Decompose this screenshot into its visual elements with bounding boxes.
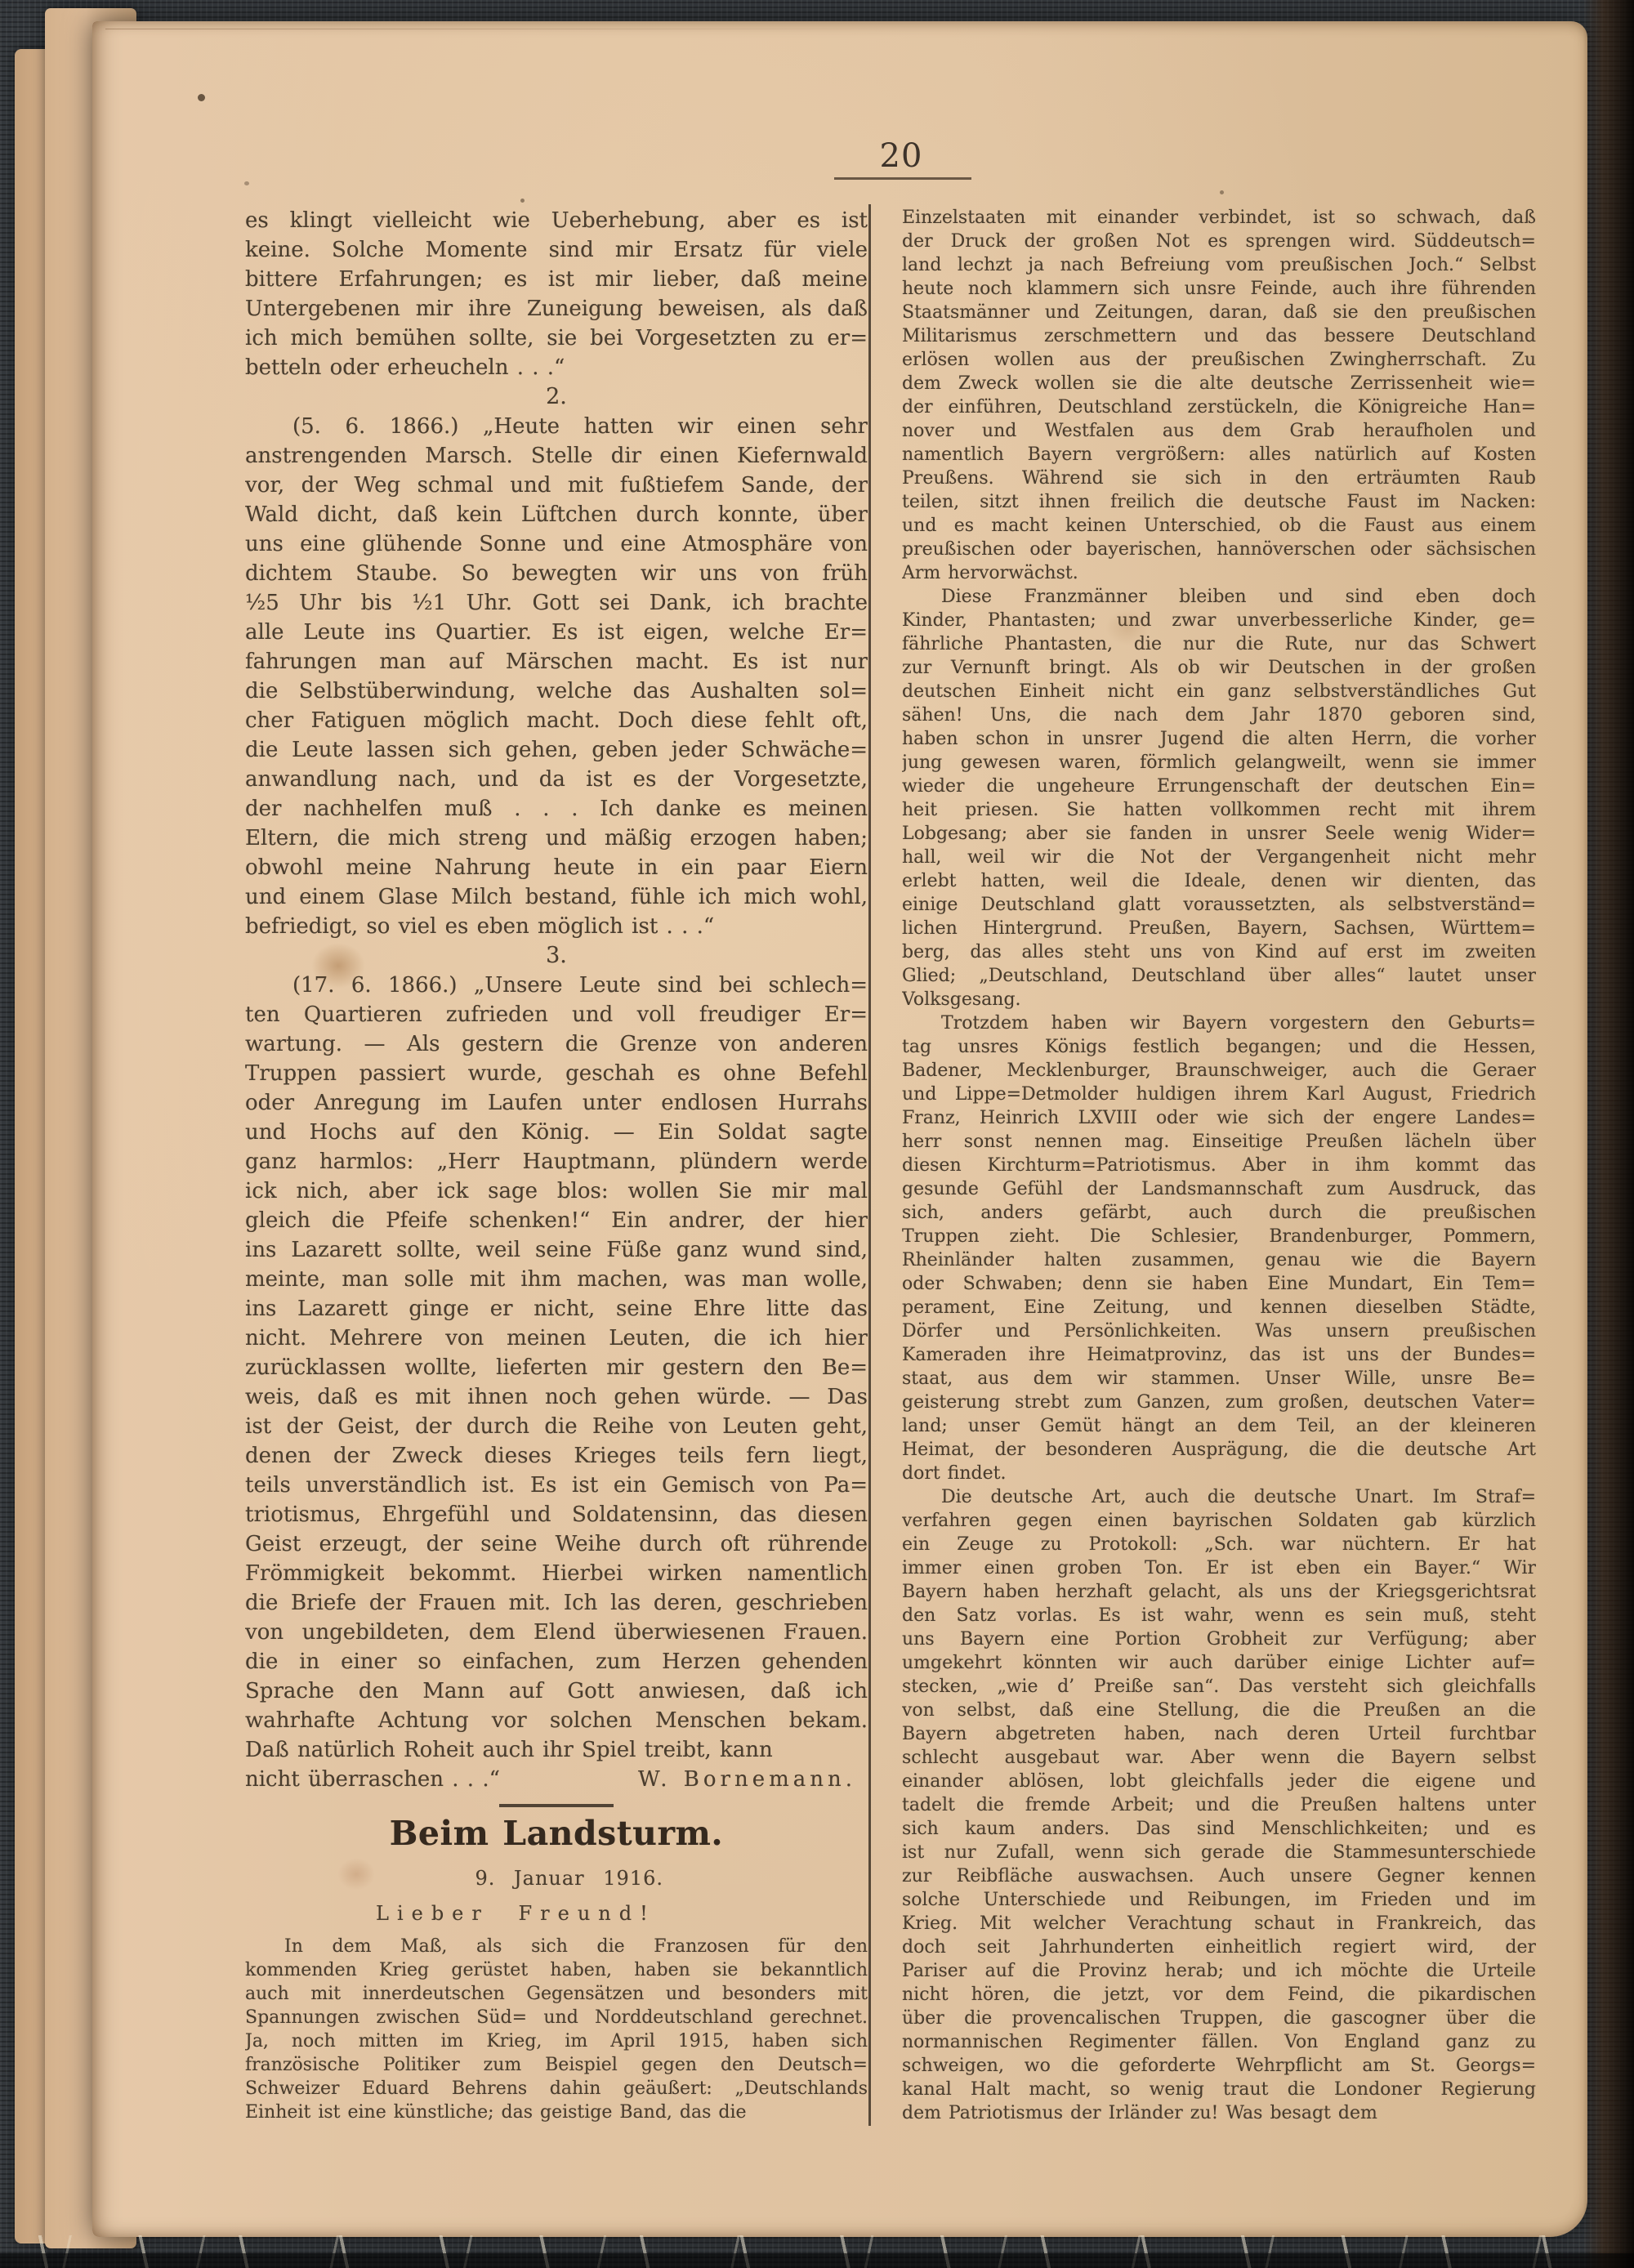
- text-line: erlebt hatten, weil die Ideale, denen wi…: [902, 869, 1536, 893]
- text-line: doch seit Jahrhunderten einheitlich regi…: [902, 1935, 1536, 1959]
- text-line: bittere Erfahrungen; es ist mir lieber, …: [245, 265, 868, 294]
- text-line: Ja, noch mitten im Krieg, im April 1915,…: [245, 2029, 868, 2053]
- page-number-rule: [834, 177, 971, 180]
- text-line: normannischen Regimenter fällen. Von Eng…: [902, 2030, 1536, 2054]
- text-line: obwohl meine Nahrung heute in ein paar E…: [245, 853, 868, 882]
- text-line: lichen Hintergrund. Preußen, Bayern, Sac…: [902, 917, 1536, 940]
- text-line: herr sonst nennen mag. Einseitige Preuße…: [902, 1130, 1536, 1154]
- section-number-3: 3.: [245, 941, 868, 971]
- text-line: oder Schwaben; denn sie haben Eine Munda…: [902, 1272, 1536, 1296]
- text-line: diesen Kirchturm=Patriotismus. Aber in i…: [902, 1154, 1536, 1177]
- text-line: Glied; „Deutschland, Deutschland über al…: [902, 964, 1536, 988]
- text-line: meinte, man solle mit ihm machen, was ma…: [245, 1265, 868, 1294]
- text-line: Krieg. Mit welcher Verachtung schaut in …: [902, 1912, 1536, 1935]
- text-line: Kinder, Phantasten; und zwar unverbesser…: [902, 609, 1536, 632]
- text-line: Rheinländer halten zusammen, genau wie d…: [902, 1248, 1536, 1272]
- text-line: Dörfer und Persönlichkeiten. Was unsern …: [902, 1319, 1536, 1343]
- signature-line: nicht überraschen . . .“ W. Bornemann.: [245, 1765, 868, 1794]
- book-page: 20 es klingt vielleicht wie Ueberhebung,…: [92, 21, 1587, 2237]
- text-line: Spannungen zwischen Süd= und Norddeutsch…: [245, 2006, 868, 2029]
- ink-speck: [198, 94, 205, 101]
- text-line: die in einer so einfachen, zum Herzen ge…: [245, 1647, 868, 1676]
- text-line: keine. Solche Momente sind mir Ersatz fü…: [245, 235, 868, 265]
- section-number-2: 2.: [245, 382, 868, 412]
- text-line: einige Deutschland glatt voraussetzten, …: [902, 893, 1536, 917]
- text-line: perament, Eine Zeitung, und kennen diese…: [902, 1296, 1536, 1319]
- text-line: staat, aus dem wir stammen. Unser Wille,…: [902, 1367, 1536, 1391]
- text-line: dem Zweck wollen sie die alte deutsche Z…: [902, 372, 1536, 395]
- text-line: haben schon in unsrer Jugend die alten H…: [902, 727, 1536, 751]
- text-line: ins Lazarett ginge er nicht, seine Ehre …: [245, 1294, 868, 1324]
- text-line: Staatsmänner und Zeitungen, daran, daß s…: [902, 301, 1536, 324]
- letter-paragraph: Diese Franzmänner bleiben und sind eben …: [902, 585, 1536, 1011]
- text-line: oder Anregung im Laufen unter endlosen H…: [245, 1088, 868, 1118]
- left-column: es klingt vielleicht wie Ueberhebung, ab…: [245, 206, 868, 2124]
- text-line: Bayern haben herzhaft gelacht, als uns d…: [902, 1580, 1536, 1604]
- text-line: Pariser auf die Provinz herab; und ich m…: [902, 1959, 1536, 1983]
- letter-salutation: Lieber Freund!: [245, 1900, 868, 1926]
- text-line: schweigen, wo die geforderte Wehrpflicht…: [902, 2054, 1536, 2078]
- text-line: solche Unterschiede und Reibungen, im Fr…: [902, 1888, 1536, 1912]
- text-line: von ungebildeten, dem Elend überwiesenen…: [245, 1618, 868, 1647]
- text-line: alle Leute ins Quartier. Es ist eigen, w…: [245, 618, 868, 647]
- text-line: Geist erzeugt, der seine Weihe durch oft…: [245, 1529, 868, 1559]
- text-line: weis, daß es mit ihnen noch gehen würde.…: [245, 1382, 868, 1412]
- text-line: Volksgesang.: [902, 988, 1536, 1011]
- text-line: befriedigt, so viel es eben möglich ist …: [245, 912, 868, 941]
- text-line: Kameraden ihre Heimatprovinz, das ist un…: [902, 1343, 1536, 1367]
- text-line: einander ablösen, lobt gleichfalls jeder…: [902, 1770, 1536, 1793]
- text-line: Untergebenen mir ihre Zuneigung beweisen…: [245, 294, 868, 324]
- text-line: heute noch klammern sich unsre Feinde, a…: [902, 277, 1536, 301]
- text-line: ein Zeuge zu Protokoll: „Sch. war nüchte…: [902, 1533, 1536, 1556]
- text-line: Truppen passiert wurde, geschah es ohne …: [245, 1059, 868, 1088]
- text-line: wieder die ungeheure Errungenschaft der …: [902, 775, 1536, 798]
- text-line: anwandlung nach, und da ist es der Vorge…: [245, 765, 868, 794]
- text-line: (5. 6. 1866.) „Heute hatten wir einen se…: [245, 412, 868, 441]
- text-line: anstrengenden Marsch. Stelle dir einen K…: [245, 441, 868, 471]
- text-line: uns Bayern eine Portion Grobheit zur Ver…: [902, 1627, 1536, 1651]
- text-line: nicht hören, die jetzt, vor dem Feind, d…: [902, 1983, 1536, 2007]
- column-divider-rule: [868, 204, 871, 2126]
- text-line: Einzelstaaten mit einander verbindet, is…: [902, 206, 1536, 230]
- text-line: teilen, sitzt ihnen freilich die deutsch…: [902, 490, 1536, 514]
- text-line: schlecht ausgebaut war. Aber wenn die Ba…: [902, 1746, 1536, 1770]
- text-line: zur Vernunft bringt. Als ob wir Deutsche…: [902, 656, 1536, 680]
- text-line: und einem Glase Milch bestand, fühle ich…: [245, 882, 868, 912]
- ink-speck: [244, 181, 249, 185]
- text-line: immer einen groben Ton. Er ist eben ein …: [902, 1556, 1536, 1580]
- text-line: deutschen Einheit nicht ein ganz selbstv…: [902, 680, 1536, 703]
- text-line: und Lippe=Detmolder huldigen ihrem Karl …: [902, 1083, 1536, 1106]
- text-line: dichtem Staube. So bewegten wir uns von …: [245, 559, 868, 588]
- text-line: Daß natürlich Roheit auch ihr Spiel trei…: [245, 1735, 868, 1765]
- text-line: und Hochs auf den König. — Ein Soldat sa…: [245, 1118, 868, 1147]
- text-line: wahrhafte Achtung vor solchen Menschen b…: [245, 1706, 868, 1735]
- text-line: ist nur Zufall, wenn sich gerade die Sta…: [902, 1841, 1536, 1864]
- letter-paragraph: es klingt vielleicht wie Ueberhebung, ab…: [245, 206, 868, 382]
- text-line: die Leute lassen sich gehen, geben jeder…: [245, 735, 868, 765]
- text-line: die Briefe der Frauen mit. Ich las deren…: [245, 1588, 868, 1618]
- text-line: Sprache den Mann auf Gott anwiesen, daß …: [245, 1676, 868, 1706]
- letter-paragraph: Trotzdem haben wir Bayern vorgestern den…: [902, 1011, 1536, 1485]
- text-line: berg, das alles steht uns von Kind auf e…: [902, 940, 1536, 964]
- text-line: den Satz vorlas. Es ist wahr, wenn es se…: [902, 1604, 1536, 1627]
- closing-words: nicht überraschen . . .“: [245, 1765, 500, 1794]
- text-line: Arm hervorwächst.: [902, 561, 1536, 585]
- text-line: sähen! Uns, die nach dem Jahr 1870 gebor…: [902, 703, 1536, 727]
- text-line: über die provencalischen Truppen, die ga…: [902, 2007, 1536, 2030]
- text-line: land lechzt ja nach Befreiung vom preußi…: [902, 253, 1536, 277]
- text-line: ist der Geist, der durch die Reihe von L…: [245, 1412, 868, 1441]
- text-line: und es macht keinen Unterschied, ob die …: [902, 514, 1536, 538]
- article-heading: Beim Landsturm.: [245, 1812, 868, 1855]
- text-line: wartung. — Als gestern die Grenze von an…: [245, 1029, 868, 1059]
- text-line: Einheit ist eine künstliche; das geistig…: [245, 2101, 868, 2124]
- text-line: Franz, Heinrich LXVIII oder wie sich der…: [902, 1106, 1536, 1130]
- text-line: Wald dicht, daß kein Lüftchen durch konn…: [245, 500, 868, 529]
- text-line: ins Lazarett sollte, weil seine Füße gan…: [245, 1235, 868, 1265]
- text-line: ten Quartieren zufrieden und voll freudi…: [245, 1000, 868, 1029]
- text-line: Heimat, der besonderen Ausprägung, die d…: [902, 1438, 1536, 1462]
- text-line: land; unser Gemüt hängt an dem Teil, an …: [902, 1414, 1536, 1438]
- text-line: cher Fatiguen möglich macht. Doch diese …: [245, 706, 868, 735]
- text-line: Frömmigkeit bekommt. Hierbei wirken name…: [245, 1559, 868, 1588]
- text-line: geisterung strebt zum Ganzen, zum großen…: [902, 1391, 1536, 1414]
- text-line: der Druck der großen Not es sprengen wir…: [902, 230, 1536, 253]
- text-line: tag unsres Königs festlich begangen; und…: [902, 1035, 1536, 1059]
- text-line: französische Politiker zum Beispiel gege…: [245, 2053, 868, 2077]
- text-line: In dem Maß, als sich die Franzosen für d…: [245, 1935, 868, 1958]
- text-line: Schweizer Eduard Behrens dahin geäußert:…: [245, 2077, 868, 2101]
- text-line: tadelt die fremde Arbeit; und die Preuße…: [902, 1793, 1536, 1817]
- scanned-book-photo: 20 es klingt vielleicht wie Ueberhebung,…: [0, 0, 1634, 2268]
- text-line: der einführen, Deutschland zerstückeln, …: [902, 395, 1536, 419]
- text-line: namentlich Bayern vergrößern: alles natü…: [902, 443, 1536, 467]
- text-line: die Selbstüberwindung, welche das Aushal…: [245, 676, 868, 706]
- text-line: Preußens. Während sie sich in den erträu…: [902, 467, 1536, 490]
- text-line: fahrungen man auf Märschen macht. Es ist…: [245, 647, 868, 676]
- text-line: gleich die Pfeife schenken!“ Ein andrer,…: [245, 1206, 868, 1235]
- page-number: 20: [852, 137, 950, 175]
- text-line: triotismus, Ehrgefühl und Soldatensinn, …: [245, 1500, 868, 1529]
- text-line: Lobgesang; aber sie fanden in unsrer See…: [902, 822, 1536, 846]
- text-line: zurücklassen wollte, lieferten mir geste…: [245, 1353, 868, 1382]
- text-line: denen der Zweck dieses Krieges teils fer…: [245, 1441, 868, 1471]
- text-line: Diese Franzmänner bleiben und sind eben …: [902, 585, 1536, 609]
- text-line: ½5 Uhr bis ½1 Uhr. Gott sei Dank, ich br…: [245, 588, 868, 618]
- text-line: Trotzdem haben wir Bayern vorgestern den…: [902, 1011, 1536, 1035]
- text-line: der nachhelfen muß . . . Ich danke es me…: [245, 794, 868, 824]
- text-line: Eltern, die mich streng und mäßig erzoge…: [245, 824, 868, 853]
- photo-right-edge-shadow: [1583, 0, 1634, 2268]
- ink-speck: [1220, 190, 1224, 194]
- text-line: auch mit innerdeutschen Gegensätzen und …: [245, 1982, 868, 2006]
- photo-bottom-edge: [0, 2253, 1634, 2268]
- letter-paragraph: (17. 6. 1866.) „Unsere Leute sind bei sc…: [245, 971, 868, 1765]
- signature-name: W. Bornemann.: [638, 1765, 868, 1794]
- letter-date: 9. Januar 1916.: [245, 1866, 868, 1891]
- ink-speck: [520, 199, 525, 203]
- text-line: heit priesen. Sie hatten vollkommen rech…: [902, 798, 1536, 822]
- text-line: Militarismus zerschmettern und das besse…: [902, 324, 1536, 348]
- text-line: gesunde Gefühl der Landsmannschaft zum A…: [902, 1177, 1536, 1201]
- letter-paragraph: In dem Maß, als sich die Franzosen für d…: [245, 1935, 868, 2124]
- text-line: uns eine glühende Sonne und eine Atmosph…: [245, 529, 868, 559]
- text-line: Truppen zieht. Die Schlesier, Brandenbur…: [902, 1225, 1536, 1248]
- text-line: Die deutsche Art, auch die deutsche Unar…: [902, 1485, 1536, 1509]
- text-line: Badener, Mecklenburger, Braunschweiger, …: [902, 1059, 1536, 1083]
- text-line: preußischen oder bayerischen, hannöversc…: [902, 538, 1536, 561]
- text-line: ich mich bemühen sollte, sie bei Vorgese…: [245, 324, 868, 353]
- text-line: betteln oder erheucheln . . .“: [245, 353, 868, 382]
- text-line: nover und Westfalen aus dem Grab heraufh…: [902, 419, 1536, 443]
- letter-paragraph: Die deutsche Art, auch die deutsche Unar…: [902, 1485, 1536, 2125]
- text-line: ganz harmlos: „Herr Hauptmann, plündern …: [245, 1147, 868, 1176]
- letter-paragraph: (5. 6. 1866.) „Heute hatten wir einen se…: [245, 412, 868, 941]
- text-line: hall, weil wir die Not der Vergangenheit…: [902, 846, 1536, 869]
- right-column: Einzelstaaten mit einander verbindet, is…: [902, 206, 1536, 2125]
- text-line: es klingt vielleicht wie Ueberhebung, ab…: [245, 206, 868, 235]
- text-line: teils unverständlich ist. Es ist ein Gem…: [245, 1471, 868, 1500]
- text-line: von selbst, daß eine Stellung, die die P…: [902, 1699, 1536, 1722]
- letter-paragraph: Einzelstaaten mit einander verbindet, is…: [902, 206, 1536, 585]
- text-line: (17. 6. 1866.) „Unsere Leute sind bei sc…: [245, 971, 868, 1000]
- text-line: sich, anders gefärbt, auch durch die pre…: [902, 1201, 1536, 1225]
- text-line: umgekehrt könnten wir auch darüber einig…: [902, 1651, 1536, 1675]
- text-line: kanal Halt macht, so wenig traut die Lon…: [902, 2078, 1536, 2101]
- text-line: dort findet.: [902, 1462, 1536, 1485]
- pressed-line: [105, 29, 906, 29]
- text-line: fährliche Phantasten, die nur die Rute, …: [902, 632, 1536, 656]
- text-line: kommenden Krieg gerüstet haben, haben si…: [245, 1958, 868, 1982]
- text-line: nicht. Mehrere von meinen Leuten, die ic…: [245, 1324, 868, 1353]
- text-line: jung gewesen waren, förmlich gelangweilt…: [902, 751, 1536, 775]
- text-line: dem Patriotismus der Irländer zu! Was be…: [902, 2101, 1536, 2125]
- text-line: ick nich, aber ick sage blos: wollen Sie…: [245, 1176, 868, 1206]
- text-line: erlösen wollen aus der preußischen Zwing…: [902, 348, 1536, 372]
- text-line: stecken, „wie d’ Preiße san“. Das verste…: [902, 1675, 1536, 1699]
- text-line: sich kaum anders. Das sind Menschlichkei…: [902, 1817, 1536, 1841]
- text-line: verfahren gegen einen bayrischen Soldate…: [902, 1509, 1536, 1533]
- text-line: zur Reibfläche auswachsen. Auch unsere G…: [902, 1864, 1536, 1888]
- section-divider-rule: [499, 1804, 614, 1807]
- text-line: Bayern abgetreten haben, nach deren Urte…: [902, 1722, 1536, 1746]
- text-line: vor, der Weg schmal und mit fußtiefem Sa…: [245, 471, 868, 500]
